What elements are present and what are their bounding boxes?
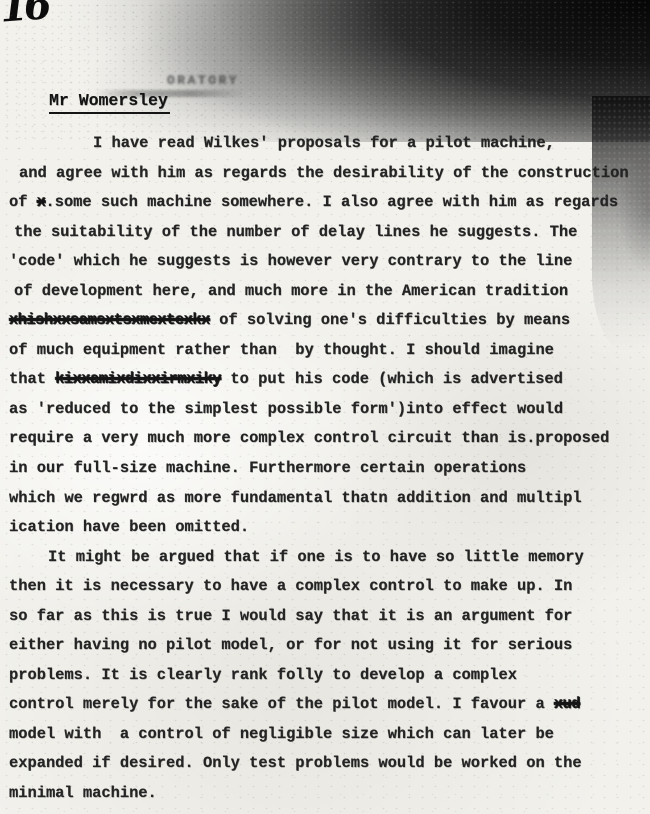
text-segment: expanded if desired. Only test problems … [9, 754, 582, 772]
text-line: of much equipment rather than by thought… [9, 336, 648, 366]
faint-stamp-smudge: ORATORY [167, 73, 239, 88]
text-line: then it is necessary to have a complex c… [9, 572, 648, 602]
text-segment: model with a control of negligible size … [9, 725, 554, 743]
text-segment: so far as this is true I would say that … [9, 607, 572, 625]
text-segment: to put his code (which is advertised [221, 370, 563, 388]
document-page: 16 ORATORY Mr Womersley I have read Wilk… [0, 0, 650, 814]
text-segment: of [9, 193, 37, 211]
text-segment: of development here, and much more in th… [14, 282, 568, 300]
text-segment: of solving one's difficulties by means [210, 311, 570, 329]
text-line: ication have been omitted. [9, 513, 648, 543]
text-line: problems. It is clearly rank folly to de… [9, 661, 648, 691]
text-line: 'code' which he suggests is however very… [9, 247, 648, 277]
text-segment: I have read Wilkes' proposals for a pilo… [93, 134, 555, 152]
struck-text: xhishxxsamsxtsxmextexkx [9, 311, 210, 329]
text-segment: in our full-size machine. Furthermore ce… [9, 459, 526, 477]
text-line: minimal machine. [9, 779, 648, 809]
text-segment: ication have been omitted. [9, 518, 249, 536]
text-segment: 'code' which he suggests is however very… [9, 252, 572, 270]
text-line: so far as this is true I would say that … [9, 602, 648, 632]
text-segment: which we regwrd as more fundamental that… [9, 489, 582, 507]
text-segment: control merely for the sake of the pilot… [9, 695, 554, 713]
text-segment: problems. It is clearly rank folly to de… [9, 666, 517, 684]
text-line: require a very much more complex control… [9, 424, 648, 454]
text-segment: then it is necessary to have a complex c… [9, 577, 572, 595]
text-line: either having no pilot model, or for not… [9, 631, 648, 661]
struck-text: xud [554, 695, 580, 713]
text-segment: as 'reduced to the simplest possible for… [9, 400, 563, 418]
text-segment: minimal machine. [9, 784, 157, 802]
text-segment: require a very much more complex control… [9, 429, 609, 447]
letter-body: I have read Wilkes' proposals for a pilo… [9, 129, 648, 809]
text-segment: that [9, 370, 55, 388]
text-segment: the suitability of the number of delay l… [14, 223, 577, 241]
text-segment: either having no pilot model, or for not… [9, 636, 572, 654]
salutation: Mr Womersley [49, 91, 170, 114]
text-segment: .some such machine somewhere. I also agr… [45, 193, 618, 211]
text-line: expanded if desired. Only test problems … [9, 749, 648, 779]
handwritten-page-number: 16 [0, 0, 49, 32]
text-line: xhishxxsamsxtsxmextexkx of solving one's… [9, 306, 648, 336]
text-line: It might be argued that if one is to hav… [48, 543, 648, 573]
text-line: which we regwrd as more fundamental that… [9, 484, 648, 514]
text-segment: and agree with him as regards the desira… [19, 164, 629, 182]
text-line: I have read Wilkes' proposals for a pilo… [93, 129, 648, 159]
text-line: the suitability of the number of delay l… [14, 218, 648, 248]
text-line: of x.some such machine somewhere. I also… [9, 188, 648, 218]
struck-text: kixxamixdixxirmxiky [55, 370, 221, 388]
text-line: model with a control of negligible size … [9, 720, 648, 750]
text-line: and agree with him as regards the desira… [19, 159, 648, 189]
text-segment: It might be argued that if one is to hav… [48, 548, 584, 566]
text-line: in our full-size machine. Furthermore ce… [9, 454, 648, 484]
scan-smudge-top [0, 0, 650, 142]
text-line: of development here, and much more in th… [14, 277, 648, 307]
text-segment: of much equipment rather than by thought… [9, 341, 554, 359]
text-line: as 'reduced to the simplest possible for… [9, 395, 648, 425]
text-line: control merely for the sake of the pilot… [9, 690, 648, 720]
text-line: that kixxamixdixxirmxiky to put his code… [9, 365, 648, 395]
